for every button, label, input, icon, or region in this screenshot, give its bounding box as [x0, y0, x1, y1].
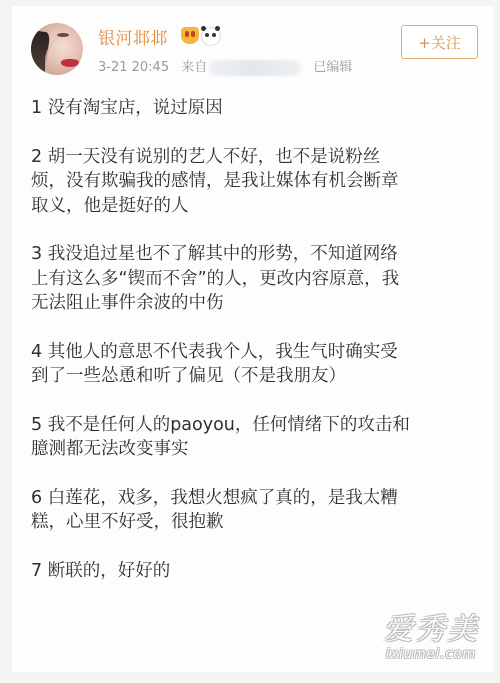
blurred-source [209, 60, 301, 76]
paragraph-2: 2 胡一天没有说别的艺人不好，也不是说粉丝 烦，没有欺骗我的感情，是我让媒体有机… [31, 145, 471, 219]
paragraph-5: 5 我不是任何人的paoyou，任何情绪下的攻击和 臆测都无法改变事实 [31, 413, 471, 462]
avatar-eye [57, 33, 69, 37]
paragraph-6: 6 白莲花，戏多，我想火想疯了真的，是我太糟 糕，心里不好受，很抱歉 [31, 486, 471, 535]
paragraph-3: 3 我没追过星也不了解其中的形势，不知道网络 上有这么多“锲而不舍”的人，更改内… [31, 242, 471, 316]
source-prefix: 来自 [181, 60, 207, 75]
follow-button[interactable]: +关注 [401, 25, 478, 59]
watermark-url: ixiumei.com [372, 647, 490, 663]
avatar[interactable] [31, 23, 83, 75]
author-name[interactable]: 银河邶邶 [98, 24, 168, 49]
edited-label: 已编辑 [313, 60, 352, 75]
paragraph-4: 4 其他人的意思不代表我个人，我生气时确实受 到了一些怂恿和听了偏见（不是我朋友… [31, 340, 471, 389]
watermark-brand: 爱秀美 [372, 613, 490, 647]
avatar-strand [45, 37, 77, 75]
watermark: 爱秀美 ixiumei.com [372, 613, 490, 663]
panda-badge-icon [201, 27, 221, 46]
post-meta: 3-21 20:45 来自 已编辑 [98, 56, 352, 76]
avatar-lips [61, 59, 79, 67]
crown-badge-icon [181, 27, 199, 44]
paragraph-7: 7 断联的，好好的 [31, 559, 471, 584]
post-time: 3-21 20:45 [98, 60, 169, 75]
post-body: 1 没有淘宝店，说过原因 2 胡一天没有说别的艺人不好，也不是说粉丝 烦，没有欺… [31, 96, 471, 607]
paragraph-1: 1 没有淘宝店，说过原因 [31, 96, 471, 121]
